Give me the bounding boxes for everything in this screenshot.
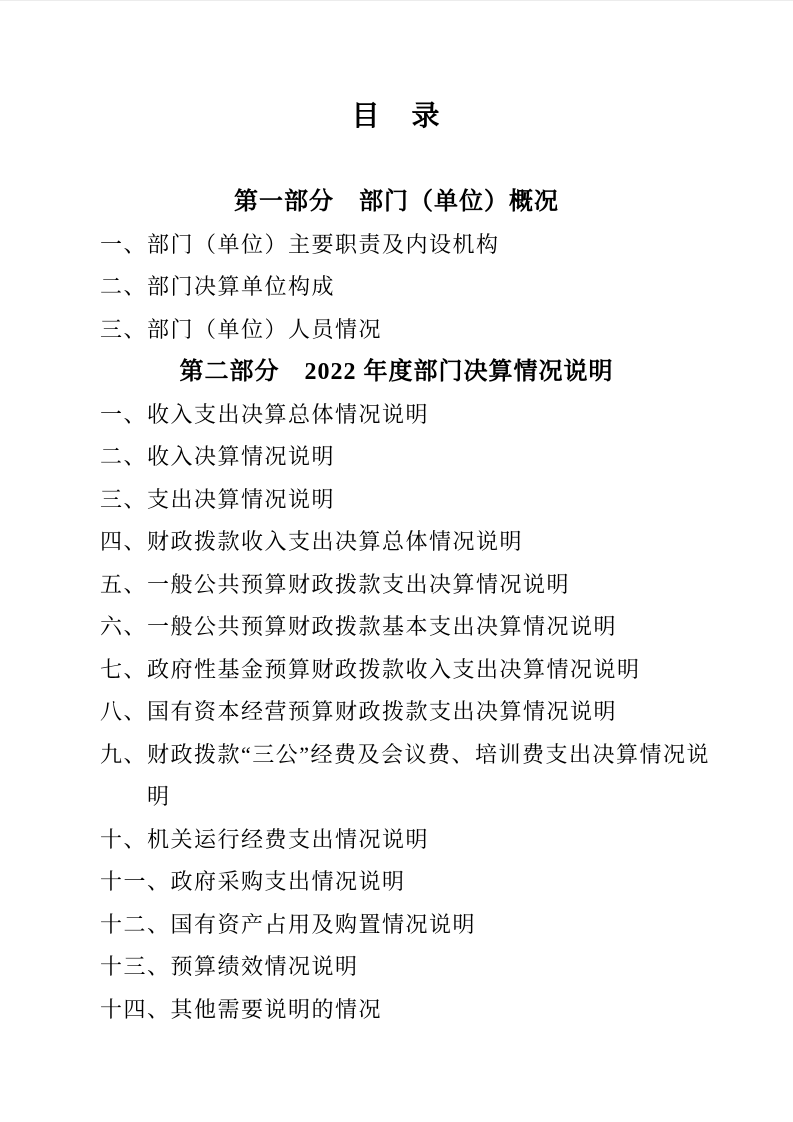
toc-item: 一、收入支出决算总体情况说明 [0, 394, 793, 437]
toc-item: 四、财政拨款收入支出决算总体情况说明 [0, 521, 793, 564]
toc-item-continuation: 明 [0, 776, 793, 819]
toc-item: 五、一般公共预算财政拨款支出决算情况说明 [0, 564, 793, 607]
document-page: 目 录 第一部分 部门（单位）概况 一、部门（单位）主要职责及内设机构 二、部门… [0, 0, 793, 1122]
section-2-heading: 第二部分 2022 年度部门决算情况说明 [0, 351, 793, 394]
toc-item: 二、部门决算单位构成 [0, 266, 793, 309]
document-title: 目 录 [0, 96, 793, 139]
toc-item: 一、部门（单位）主要职责及内设机构 [0, 224, 793, 267]
toc-item: 八、国有资本经营预算财政拨款支出决算情况说明 [0, 691, 793, 734]
toc-item: 十、机关运行经费支出情况说明 [0, 819, 793, 862]
toc-item: 十一、政府采购支出情况说明 [0, 861, 793, 904]
toc-item: 十四、其他需要说明的情况 [0, 989, 793, 1032]
section-1-heading: 第一部分 部门（单位）概况 [0, 181, 793, 224]
toc-item: 三、支出决算情况说明 [0, 479, 793, 522]
toc-item: 九、财政拨款“三公”经费及会议费、培训费支出决算情况说 [0, 734, 793, 777]
toc-item: 二、收入决算情况说明 [0, 436, 793, 479]
toc-item: 七、政府性基金预算财政拨款收入支出决算情况说明 [0, 649, 793, 692]
toc-item: 十二、国有资产占用及购置情况说明 [0, 904, 793, 947]
toc-item: 三、部门（单位）人员情况 [0, 309, 793, 352]
toc-item: 十三、预算绩效情况说明 [0, 946, 793, 989]
toc-item: 六、一般公共预算财政拨款基本支出决算情况说明 [0, 606, 793, 649]
